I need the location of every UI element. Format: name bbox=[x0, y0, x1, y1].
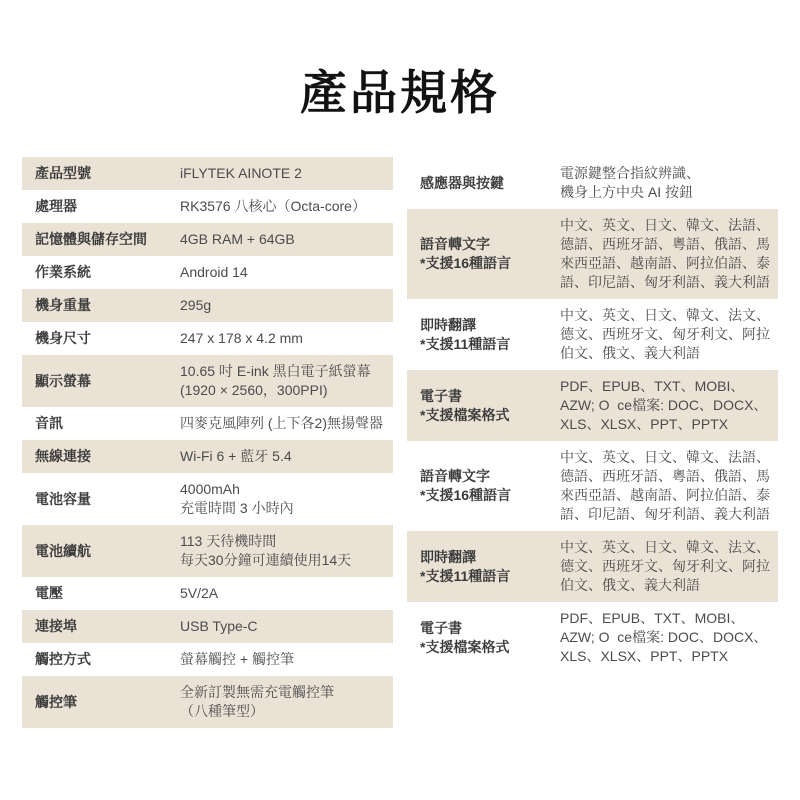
spec-row-realtime-translation-2: 即時翻譯 *支援11種語言 中文、英文、日文、韓文、法文、德文、西班牙文、匈牙利… bbox=[407, 531, 778, 602]
spec-label: 顯示螢幕 bbox=[35, 372, 180, 391]
spec-row-touch-method: 觸控方式 螢幕觸控 + 觸控筆 bbox=[22, 643, 393, 676]
page-title: 產品規格 bbox=[0, 56, 800, 123]
spec-label: 無線連接 bbox=[35, 447, 180, 466]
spec-value: Android 14 bbox=[180, 263, 385, 282]
spec-label: 即時翻譯 *支援11種語言 bbox=[420, 316, 560, 354]
spec-row-os: 作業系統 Android 14 bbox=[22, 256, 393, 289]
spec-value: 4GB RAM + 64GB bbox=[180, 230, 385, 249]
spec-label: 語音轉文字 *支援16種語言 bbox=[420, 235, 560, 273]
spec-value: PDF、EPUB、TXT、MOBI、AZW; O ce檔案: DOC、DOCX、… bbox=[560, 609, 770, 666]
spec-value: PDF、EPUB、TXT、MOBI、AZW; O ce檔案: DOC、DOCX、… bbox=[560, 377, 770, 434]
spec-label: 電池容量 bbox=[35, 490, 180, 509]
spec-table-left: 產品型號 iFLYTEK AINOTE 2 處理器 RK3576 八核心（Oct… bbox=[22, 157, 393, 728]
spec-row-battery-life: 電池續航 113 天待機時間 每天30分鐘可連續使用14天 bbox=[22, 525, 393, 577]
spec-label: 電子書 *支援檔案格式 bbox=[420, 387, 560, 425]
spec-value: 10.65 吋 E-ink 黑白電子紙螢幕 (1920 × 2560，300PP… bbox=[180, 362, 385, 400]
spec-tables-container: 產品型號 iFLYTEK AINOTE 2 處理器 RK3576 八核心（Oct… bbox=[0, 157, 800, 728]
spec-value: 四麥克風陣列 (上下各2)無揚聲器 bbox=[180, 414, 385, 433]
spec-row-processor: 處理器 RK3576 八核心（Octa-core） bbox=[22, 190, 393, 223]
spec-row-product-model: 產品型號 iFLYTEK AINOTE 2 bbox=[22, 157, 393, 190]
spec-value: 中文、英文、日文、韓文、法文、德文、西班牙文、匈牙利文、阿拉伯文、俄文、義大利語 bbox=[560, 306, 770, 363]
spec-row-wireless: 無線連接 Wi-Fi 6 + 藍牙 5.4 bbox=[22, 440, 393, 473]
spec-value: 295g bbox=[180, 296, 385, 315]
spec-label: 連接埠 bbox=[35, 617, 180, 636]
spec-label: 電壓 bbox=[35, 584, 180, 603]
spec-row-audio: 音訊 四麥克風陣列 (上下各2)無揚聲器 bbox=[22, 407, 393, 440]
spec-label: 處理器 bbox=[35, 197, 180, 216]
spec-label: 產品型號 bbox=[35, 164, 180, 183]
spec-value: 中文、英文、日文、韓文、法語、德語、西班牙語、粵語、俄語、馬來西亞語、越南語、阿… bbox=[560, 448, 770, 524]
spec-label: 感應器與按鍵 bbox=[420, 174, 560, 193]
spec-row-sensors-buttons: 感應器與按鍵 電源鍵整合指紋辨識、 機身上方中央 AI 按鈕 bbox=[407, 157, 778, 209]
spec-value: 247 x 178 x 4.2 mm bbox=[180, 329, 385, 348]
spec-value: 全新訂製無需充電觸控筆 （八種筆型） bbox=[180, 683, 385, 721]
spec-value: RK3576 八核心（Octa-core） bbox=[180, 197, 385, 216]
spec-value: 5V/2A bbox=[180, 584, 385, 603]
spec-label: 記憶體與儲存空間 bbox=[35, 230, 180, 249]
spec-row-weight: 機身重量 295g bbox=[22, 289, 393, 322]
spec-row-stylus: 觸控筆 全新訂製無需充電觸控筆 （八種筆型） bbox=[22, 676, 393, 728]
spec-row-display: 顯示螢幕 10.65 吋 E-ink 黑白電子紙螢幕 (1920 × 2560，… bbox=[22, 355, 393, 407]
spec-row-battery-capacity: 電池容量 4000mAh 充電時間 3 小時內 bbox=[22, 473, 393, 525]
spec-label: 機身尺寸 bbox=[35, 329, 180, 348]
spec-value: 電源鍵整合指紋辨識、 機身上方中央 AI 按鈕 bbox=[560, 164, 770, 202]
spec-table-right: 感應器與按鍵 電源鍵整合指紋辨識、 機身上方中央 AI 按鈕 語音轉文字 *支援… bbox=[407, 157, 778, 673]
spec-row-realtime-translation-1: 即時翻譯 *支援11種語言 中文、英文、日文、韓文、法文、德文、西班牙文、匈牙利… bbox=[407, 299, 778, 370]
spec-row-voltage: 電壓 5V/2A bbox=[22, 577, 393, 610]
spec-value: 4000mAh 充電時間 3 小時內 bbox=[180, 480, 385, 518]
spec-label: 即時翻譯 *支援11種語言 bbox=[420, 548, 560, 586]
spec-label: 機身重量 bbox=[35, 296, 180, 315]
spec-row-dimensions: 機身尺寸 247 x 178 x 4.2 mm bbox=[22, 322, 393, 355]
spec-value: 中文、英文、日文、韓文、法文、德文、西班牙文、匈牙利文、阿拉伯文、俄文、義大利語 bbox=[560, 538, 770, 595]
spec-label: 電子書 *支援檔案格式 bbox=[420, 619, 560, 657]
spec-row-port: 連接埠 USB Type-C bbox=[22, 610, 393, 643]
spec-row-speech-to-text-2: 語音轉文字 *支援16種語言 中文、英文、日文、韓文、法語、德語、西班牙語、粵語… bbox=[407, 441, 778, 531]
spec-value: 螢幕觸控 + 觸控筆 bbox=[180, 650, 385, 669]
spec-value: iFLYTEK AINOTE 2 bbox=[180, 164, 385, 183]
spec-value: 中文、英文、日文、韓文、法語、德語、西班牙語、粵語、俄語、馬來西亞語、越南語、阿… bbox=[560, 216, 770, 292]
spec-row-memory-storage: 記憶體與儲存空間 4GB RAM + 64GB bbox=[22, 223, 393, 256]
spec-value: 113 天待機時間 每天30分鐘可連續使用14天 bbox=[180, 532, 385, 570]
spec-row-ebook-1: 電子書 *支援檔案格式 PDF、EPUB、TXT、MOBI、AZW; O ce檔… bbox=[407, 370, 778, 441]
spec-label: 電池續航 bbox=[35, 542, 180, 561]
spec-label: 語音轉文字 *支援16種語言 bbox=[420, 467, 560, 505]
spec-label: 觸控方式 bbox=[35, 650, 180, 669]
spec-row-ebook-2: 電子書 *支援檔案格式 PDF、EPUB、TXT、MOBI、AZW; O ce檔… bbox=[407, 602, 778, 673]
spec-value: USB Type-C bbox=[180, 617, 385, 636]
spec-value: Wi-Fi 6 + 藍牙 5.4 bbox=[180, 447, 385, 466]
spec-row-speech-to-text-1: 語音轉文字 *支援16種語言 中文、英文、日文、韓文、法語、德語、西班牙語、粵語… bbox=[407, 209, 778, 299]
spec-label: 作業系統 bbox=[35, 263, 180, 282]
spec-label: 音訊 bbox=[35, 414, 180, 433]
spec-label: 觸控筆 bbox=[35, 693, 180, 712]
